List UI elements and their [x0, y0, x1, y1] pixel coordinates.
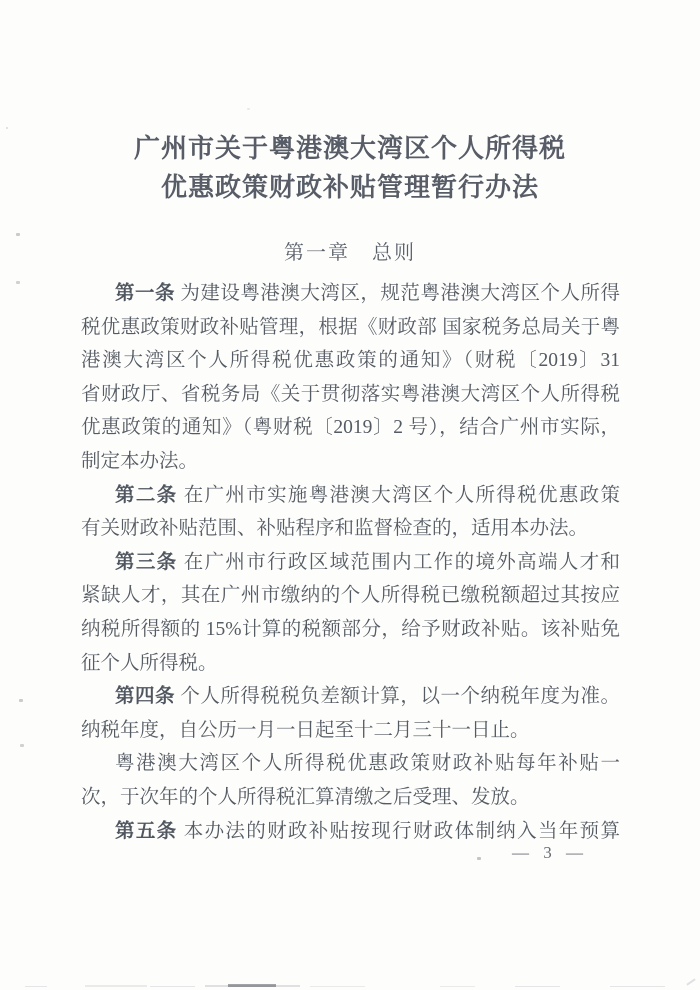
document-body: 第一条 为建设粤港澳大湾区，规范粤港澳大湾区个人所得税优惠政策财政补贴管理，根据… — [81, 277, 620, 848]
text-line: 税优惠政策财政补贴管理，根据《财政部 国家税务总局关于粤 — [81, 311, 620, 345]
scan-edge-artifact — [85, 985, 147, 987]
scan-edge-artifact — [686, 978, 695, 985]
scan-speck — [247, 108, 250, 110]
scan-speck — [20, 744, 24, 747]
text-line: 有关财政补贴范围、补贴程序和监督检查的，适用本办法。 — [81, 512, 620, 546]
text-line: 优惠政策的通知》（粤财税〔2019〕2 号），结合广州市实际， — [81, 411, 620, 445]
scan-speck — [19, 699, 23, 702]
chapter-heading: 第一章 总则 — [0, 239, 700, 267]
text-line: 第一条 为建设粤港澳大湾区，规范粤港澳大湾区个人所得 — [81, 277, 620, 311]
scan-speck — [6, 127, 8, 129]
document-title-line-2: 优惠政策财政补贴管理暂行办法 — [0, 168, 700, 207]
text-line: 港澳大湾区个人所得税优惠政策的通知》（财税〔2019〕31 号）、 — [81, 344, 620, 378]
page-number: — 3 — — [512, 843, 588, 863]
scan-speck — [16, 281, 20, 284]
text-line: 紧缺人才，其在广州市缴纳的个人所得税已缴税额超过其按应 — [81, 579, 620, 613]
scan-edge-artifact — [515, 986, 560, 987]
article-label: 第四条 — [115, 686, 175, 707]
document-title: 广州市关于粤港澳大湾区个人所得税 优惠政策财政补贴管理暂行办法 — [0, 129, 700, 207]
article-label: 第三条 — [115, 552, 178, 573]
text-line: 第三条 在广州市行政区域范围内工作的境外高端人才和 — [81, 546, 620, 580]
paragraph: 第二条 在广州市实施粤港澳大湾区个人所得税优惠政策有关财政补贴范围、补贴程序和监… — [81, 479, 620, 546]
article-label: 第二条 — [115, 485, 178, 506]
scan-edge-artifact — [610, 986, 665, 987]
paragraph: 粤港澳大湾区个人所得税优惠政策财政补贴每年补贴一次，于次年的个人所得税汇算清缴之… — [81, 747, 620, 814]
text-line: 征个人所得税。 — [81, 647, 620, 681]
scanned-document-page: 广州市关于粤港澳大湾区个人所得税 优惠政策财政补贴管理暂行办法 第一章 总则 第… — [0, 0, 700, 990]
text-line: 省财政厅、省税务局《关于贯彻落实粤港澳大湾区个人所得税 — [81, 378, 620, 412]
text-line: 粤港澳大湾区个人所得税优惠政策财政补贴每年补贴一 — [81, 747, 620, 781]
text-line: 纳税年度，自公历一月一日起至十二月三十一日止。 — [81, 714, 620, 748]
scan-edge-artifact — [440, 986, 475, 987]
paragraph: 第一条 为建设粤港澳大湾区，规范粤港澳大湾区个人所得税优惠政策财政补贴管理，根据… — [81, 277, 620, 479]
document-title-line-1: 广州市关于粤港澳大湾区个人所得税 — [0, 129, 700, 168]
text-line: 纳税所得额的 15%计算的税额部分，给予财政补贴。该补贴免 — [81, 613, 620, 647]
text-line: 第二条 在广州市实施粤港澳大湾区个人所得税优惠政策 — [81, 479, 620, 513]
article-label: 第一条 — [115, 283, 175, 304]
scan-speck — [477, 857, 481, 860]
scan-edge-artifact — [25, 986, 47, 987]
text-line: 次，于次年的个人所得税汇算清缴之后受理、发放。 — [81, 781, 620, 815]
article-label: 第五条 — [115, 821, 178, 842]
scan-speck — [16, 233, 20, 236]
text-line: 第四条 个人所得税税负差额计算，以一个纳税年度为准。 — [81, 680, 620, 714]
scan-edge-artifact — [228, 984, 276, 987]
text-line: 制定本办法。 — [81, 445, 620, 479]
scan-edge-artifact — [150, 986, 195, 987]
paragraph: 第三条 在广州市行政区域范围内工作的境外高端人才和紧缺人才，其在广州市缴纳的个人… — [81, 546, 620, 680]
scan-edge-artifact — [310, 986, 365, 987]
paragraph: 第四条 个人所得税税负差额计算，以一个纳税年度为准。纳税年度，自公历一月一日起至… — [81, 680, 620, 747]
